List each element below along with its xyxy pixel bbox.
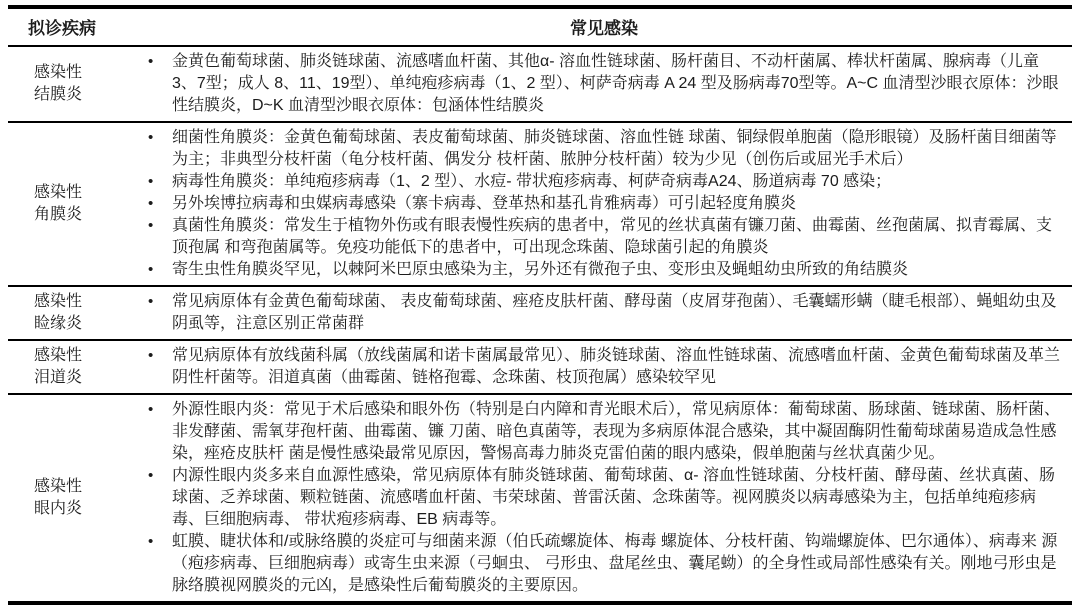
disease-name: 感染性角膜炎 [8,122,136,286]
table-row: 感染性结膜炎金黄色葡萄球菌、肺炎链球菌、流感嗜血杆菌、其他α- 溶血性链球菌、肠… [8,46,1072,122]
infection-bullet-list: 金黄色葡萄球菌、肺炎链球菌、流感嗜血杆菌、其他α- 溶血性链球菌、肠杆菌目、不动… [136,51,1068,117]
header-row: 拟诊疾病 常见感染 [8,7,1072,46]
disease-name: 感染性结膜炎 [8,46,136,122]
column-header-infection: 常见感染 [136,7,1072,46]
infection-bullet: 外源性眼内炎：常见于术后感染和眼外伤（特别是白内障和青光眼术后），常见病原体：葡… [172,399,1066,465]
infection-bullet-list: 细菌性角膜炎：金黄色葡萄球菌、表皮葡萄球菌、肺炎链球菌、溶血性链 球菌、铜绿假单… [136,127,1068,281]
infection-bullet: 金黄色葡萄球菌、肺炎链球菌、流感嗜血杆菌、其他α- 溶血性链球菌、肠杆菌目、不动… [172,51,1066,117]
medical-infection-table-page: 拟诊疾病 常见感染 感染性结膜炎金黄色葡萄球菌、肺炎链球菌、流感嗜血杆菌、其他α… [0,0,1080,608]
infection-bullet: 常见病原体有放线菌科属（放线菌属和诺卡菌属最常见）、肺炎链球菌、溶血性链球菌、流… [172,345,1066,389]
infection-cell: 金黄色葡萄球菌、肺炎链球菌、流感嗜血杆菌、其他α- 溶血性链球菌、肠杆菌目、不动… [136,46,1072,122]
infection-bullet-list: 外源性眼内炎：常见于术后感染和眼外伤（特别是白内障和青光眼术后），常见病原体：葡… [136,399,1068,597]
infection-bullet: 细菌性角膜炎：金黄色葡萄球菌、表皮葡萄球菌、肺炎链球菌、溶血性链 球菌、铜绿假单… [172,127,1066,171]
infection-bullet: 内源性眼内炎多来自血源性感染，常见病原体有肺炎链球菌、葡萄球菌、α- 溶血性链球… [172,465,1066,531]
infection-cell: 常见病原体有放线菌科属（放线菌属和诺卡菌属最常见）、肺炎链球菌、溶血性链球菌、流… [136,340,1072,394]
column-header-disease: 拟诊疾病 [8,7,136,46]
infection-cell: 常见病原体有金黄色葡萄球菌、 表皮葡萄球菌、痤疮皮肤杆菌、酵母菌（皮屑芽孢菌）、… [136,286,1072,340]
infection-cell: 外源性眼内炎：常见于术后感染和眼外伤（特别是白内障和青光眼术后），常见病原体：葡… [136,394,1072,603]
disease-name: 感染性睑缘炎 [8,286,136,340]
table-body: 感染性结膜炎金黄色葡萄球菌、肺炎链球菌、流感嗜血杆菌、其他α- 溶血性链球菌、肠… [8,46,1072,603]
infection-bullet: 另外埃博拉病毒和虫媒病毒感染（寨卡病毒、登革热和基孔肯雅病毒）可引起轻度角膜炎 [172,193,1066,215]
disease-name: 感染性泪道炎 [8,340,136,394]
infection-cell: 细菌性角膜炎：金黄色葡萄球菌、表皮葡萄球菌、肺炎链球菌、溶血性链 球菌、铜绿假单… [136,122,1072,286]
infection-bullet: 寄生虫性角膜炎罕见，以棘阿米巴原虫感染为主，另外还有微孢子虫、变形虫及蝇蛆幼虫所… [172,259,1066,281]
infection-bullet: 常见病原体有金黄色葡萄球菌、 表皮葡萄球菌、痤疮皮肤杆菌、酵母菌（皮屑芽孢菌）、… [172,291,1066,335]
table-row: 感染性眼内炎外源性眼内炎：常见于术后感染和眼外伤（特别是白内障和青光眼术后），常… [8,394,1072,603]
infection-bullet: 虹膜、睫状体和/或脉络膜的炎症可与细菌来源（伯氏疏螺旋体、梅毒 螺旋体、分枝杆菌… [172,531,1066,597]
infection-bullet-list: 常见病原体有金黄色葡萄球菌、 表皮葡萄球菌、痤疮皮肤杆菌、酵母菌（皮屑芽孢菌）、… [136,291,1068,335]
infection-bullet: 病毒性角膜炎：单纯疱疹病毒（1、2 型）、水痘- 带状疱疹病毒、柯萨奇病毒A24… [172,171,1066,193]
table-row: 感染性角膜炎细菌性角膜炎：金黄色葡萄球菌、表皮葡萄球菌、肺炎链球菌、溶血性链 球… [8,122,1072,286]
infection-table: 拟诊疾病 常见感染 感染性结膜炎金黄色葡萄球菌、肺炎链球菌、流感嗜血杆菌、其他α… [8,5,1072,605]
table-row: 感染性睑缘炎常见病原体有金黄色葡萄球菌、 表皮葡萄球菌、痤疮皮肤杆菌、酵母菌（皮… [8,286,1072,340]
infection-bullet-list: 常见病原体有放线菌科属（放线菌属和诺卡菌属最常见）、肺炎链球菌、溶血性链球菌、流… [136,345,1068,389]
disease-name: 感染性眼内炎 [8,394,136,603]
infection-bullet: 真菌性角膜炎：常发生于植物外伤或有眼表慢性疾病的患者中，常见的丝状真菌有镰刀菌、… [172,215,1066,259]
table-row: 感染性泪道炎常见病原体有放线菌科属（放线菌属和诺卡菌属最常见）、肺炎链球菌、溶血… [8,340,1072,394]
